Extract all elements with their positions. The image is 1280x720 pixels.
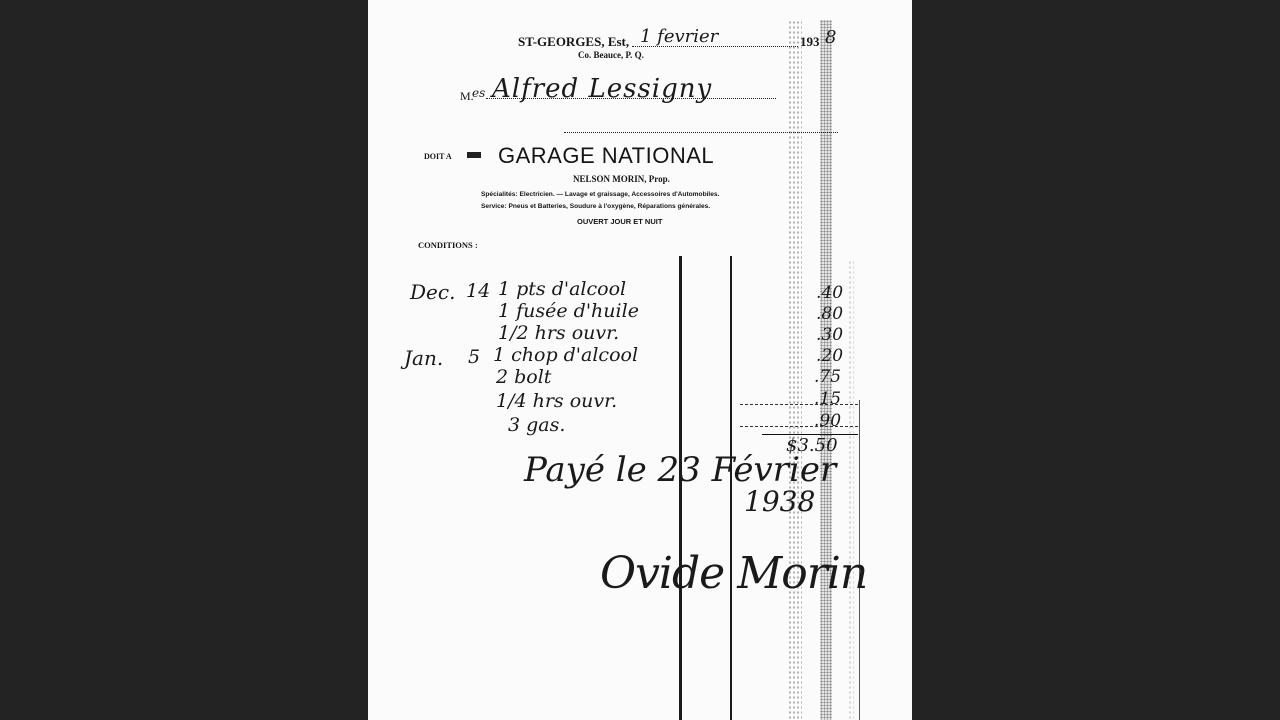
item-amount: .15 <box>814 389 874 409</box>
item-month: Dec. <box>410 280 455 304</box>
item-description: 1 pts d'alcool <box>498 278 626 300</box>
year-suffix: 8 <box>825 27 836 48</box>
item-day: 14 <box>466 280 490 302</box>
county-label: Co. Beauce, P. Q. <box>578 50 644 60</box>
proprietor: NELSON MORIN, Prop. <box>573 174 670 184</box>
date-handwritten: 1 fevrier <box>640 26 718 47</box>
payment-note: Payé le 23 Février <box>524 450 836 490</box>
item-description: 1/4 hrs ouvr. <box>496 390 617 412</box>
ruling-line <box>740 426 858 427</box>
ruling-line <box>740 404 858 405</box>
item-description: 1 chop d'alcool <box>493 344 638 366</box>
item-description: 1 fusée d'huile <box>498 300 639 322</box>
item-amount: .30 <box>816 325 876 345</box>
scan-noise <box>788 20 802 720</box>
item-amount: .90 <box>814 411 874 431</box>
business-name: GARAGE NATIONAL <box>498 143 714 169</box>
struck-out-mark <box>467 152 481 158</box>
item-day: 5 <box>468 346 480 368</box>
payment-year: 1938 <box>744 485 815 518</box>
item-description: 2 bolt <box>496 366 551 388</box>
services: Service: Pneus et Batteries, Soudure à l… <box>481 203 710 210</box>
invoice-page: ST-GEORGES, Est, 1 fevrier 193 8 Co. Bea… <box>368 0 912 720</box>
hours: OUVERT JOUR ET NUIT <box>577 217 662 226</box>
item-month: Jan. <box>404 346 443 370</box>
item-amount: .80 <box>816 304 876 324</box>
item-amount: .40 <box>816 283 876 303</box>
town-label: ST-GEORGES, Est, <box>518 34 629 50</box>
owes-to-label: DOIT A <box>424 152 452 161</box>
item-amount: .75 <box>814 367 874 387</box>
item-description: 1/2 hrs ouvr. <box>498 322 619 344</box>
item-description: 3 gas. <box>508 414 565 436</box>
conditions-label: CONDITIONS : <box>418 240 478 250</box>
address-line <box>564 132 838 133</box>
addressee-suffix: es <box>472 86 485 100</box>
specialties: Spécialités: Electricien. — Lavage et gr… <box>481 191 719 198</box>
addressee-name: Alfred Lessigny <box>492 74 712 104</box>
item-amount: .20 <box>816 346 876 366</box>
signature: Ovide Morin <box>600 548 867 599</box>
year-prefix: 193 <box>800 34 820 50</box>
